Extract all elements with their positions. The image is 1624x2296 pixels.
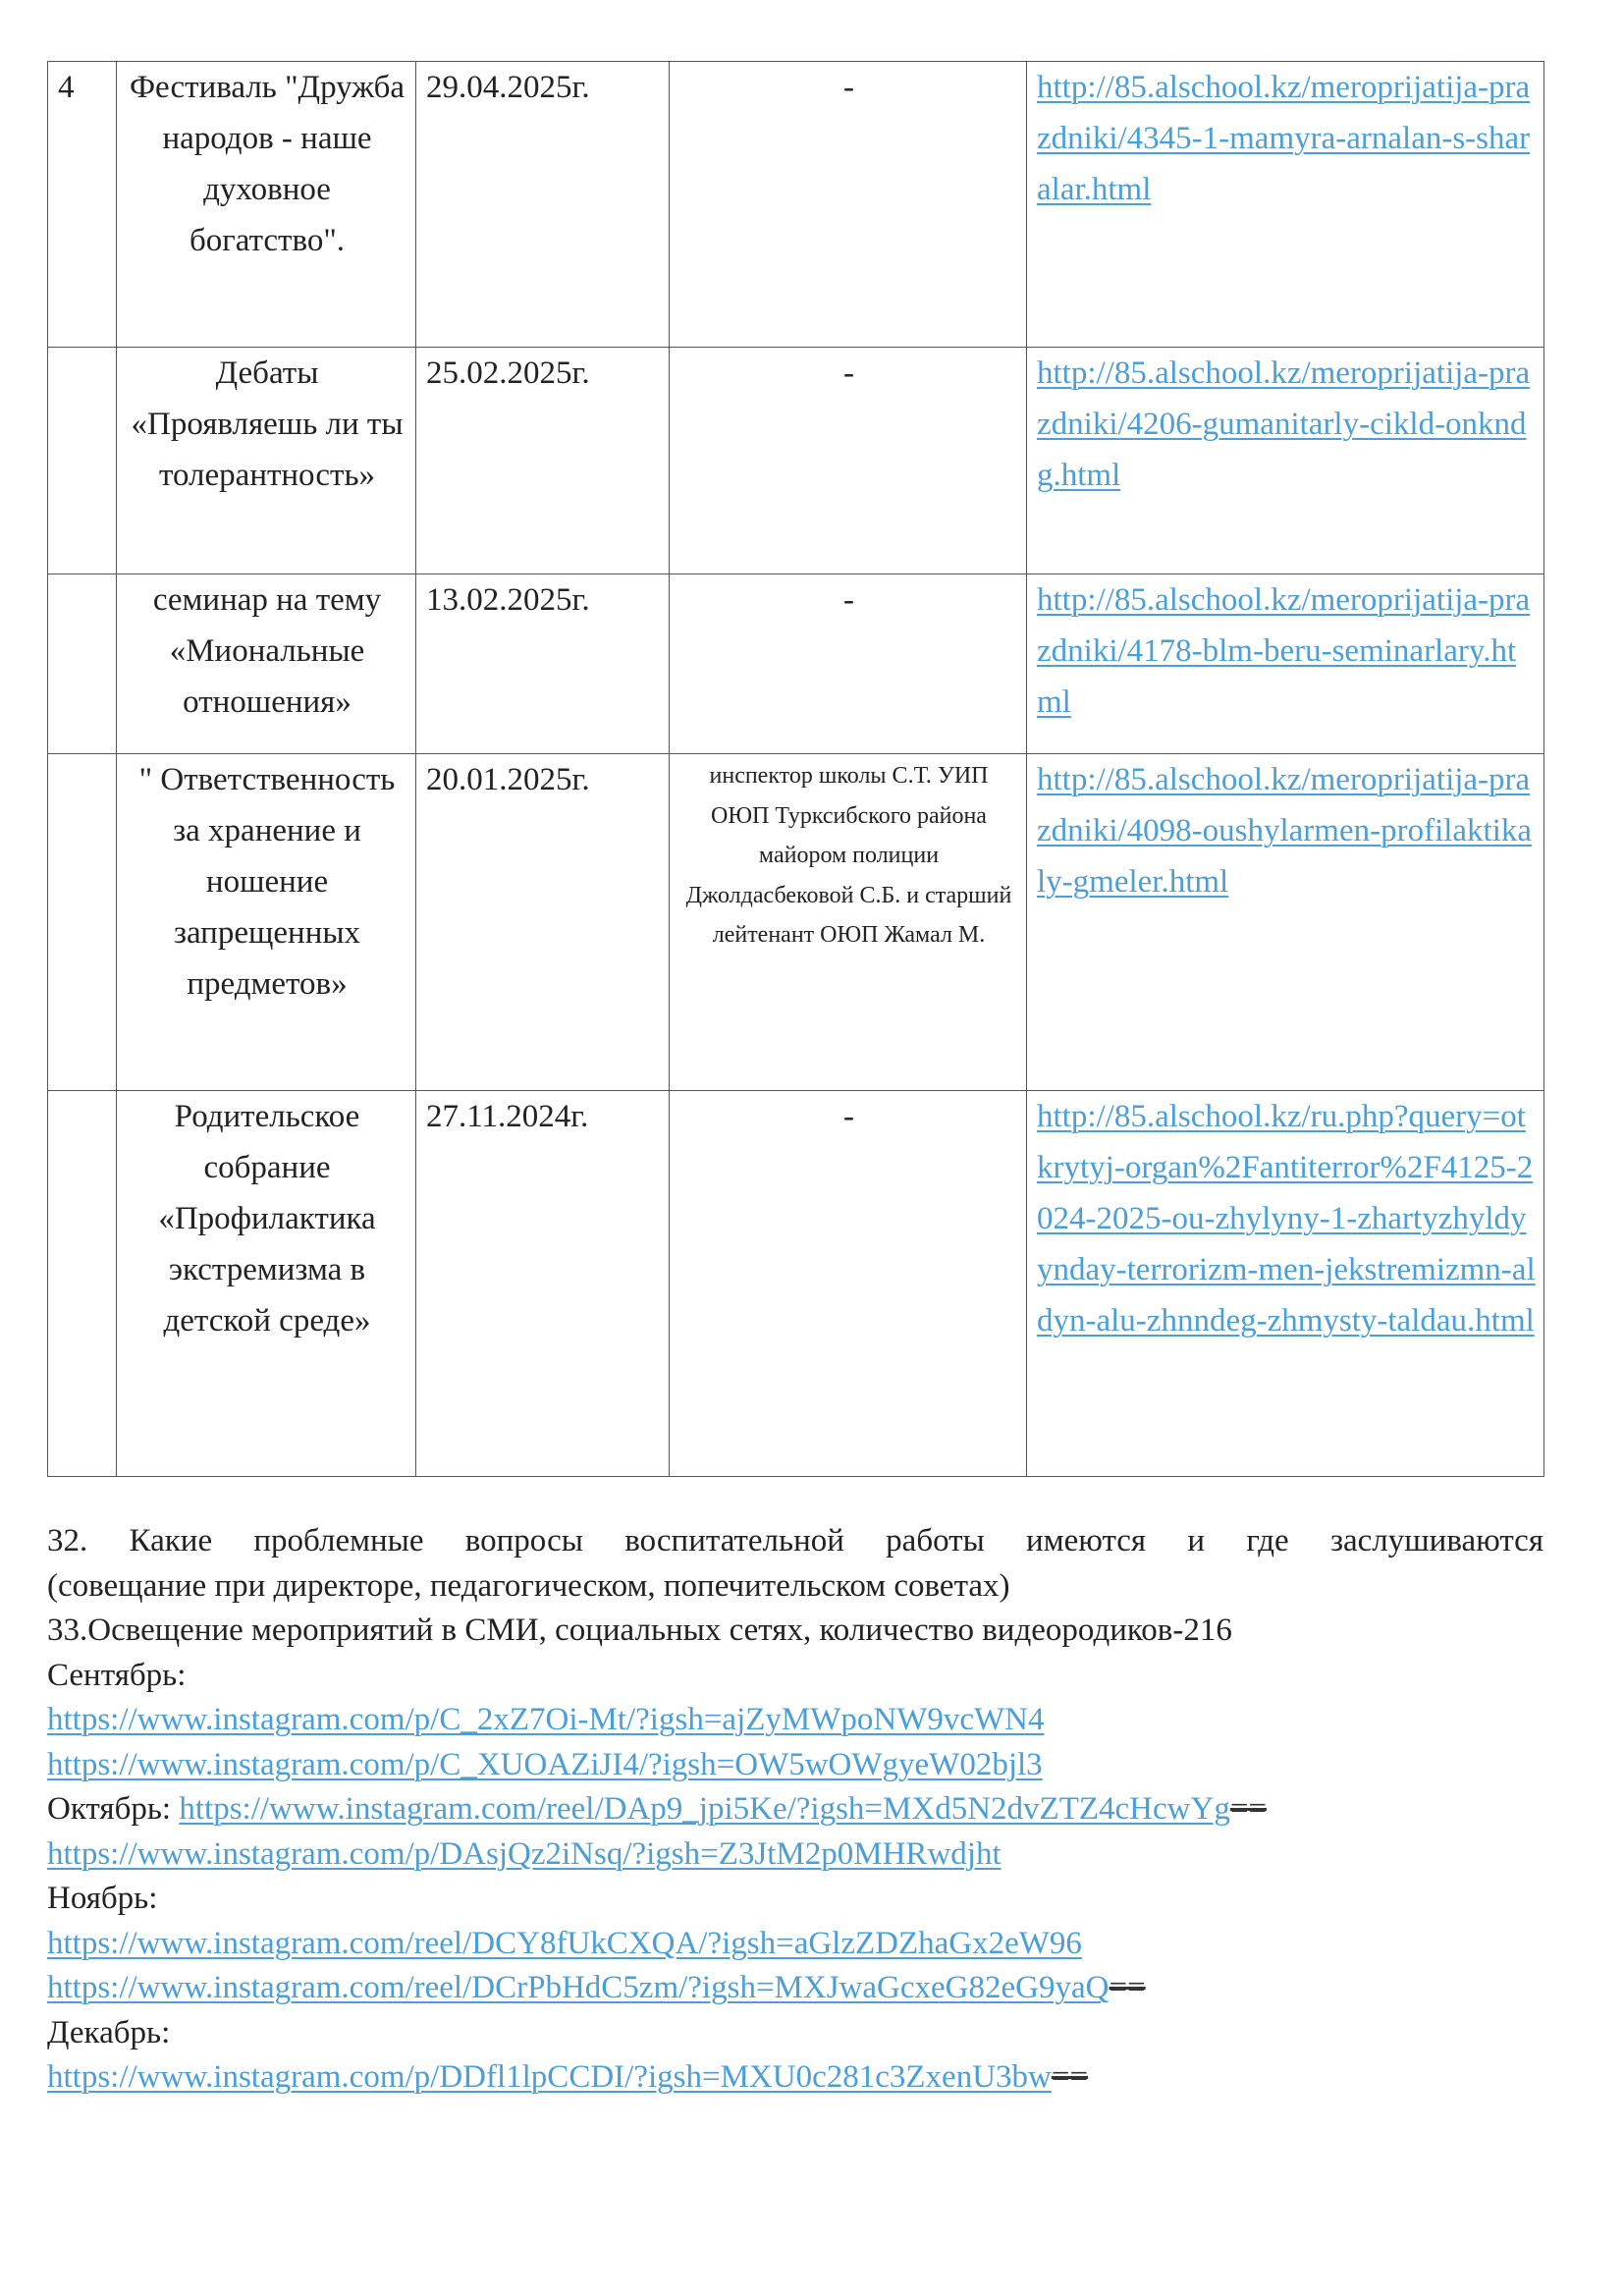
row-number	[48, 348, 117, 574]
social-link-line: https://www.instagram.com/p/DAsjQz2iNsq/…	[47, 1832, 1543, 1878]
table-row: семинар на тему «Миональные отношения» 1…	[48, 574, 1544, 754]
table-row: Дебаты «Проявляешь ли ты толерантность» …	[48, 348, 1544, 574]
row-number	[48, 754, 117, 1091]
event-name: семинар на тему «Миональные отношения»	[117, 574, 416, 754]
event-name: Фестиваль "Дружба народов - наше духовно…	[117, 62, 416, 348]
instagram-link[interactable]: https://www.instagram.com/p/C_2xZ7Oi-Mt/…	[47, 1702, 1045, 1737]
link-suffix: ==	[1230, 1791, 1267, 1827]
event-date: 27.11.2024г.	[416, 1091, 670, 1477]
event-link[interactable]: http://85.alschool.kz/meroprijatija-praz…	[1037, 70, 1530, 207]
month-label-november: Ноябрь:	[47, 1877, 1543, 1922]
table-row: Родительское собрание «Профилактика экст…	[48, 1091, 1544, 1477]
instagram-link[interactable]: https://www.instagram.com/p/C_XUOAZiJI4/…	[47, 1747, 1043, 1782]
event-date: 20.01.2025г.	[416, 754, 670, 1091]
event-name: " Ответственность за хранение и ношение …	[117, 754, 416, 1091]
social-link-line: https://www.instagram.com/p/C_2xZ7Oi-Mt/…	[47, 1698, 1543, 1743]
report-sections: 32. Какие проблемные вопросы воспитатель…	[47, 1519, 1543, 2101]
section-33-title: 33.Освещение мероприятий в СМИ, социальн…	[47, 1609, 1543, 1654]
event-link[interactable]: http://85.alschool.kz/meroprijatija-praz…	[1037, 582, 1530, 720]
document-page: 4 Фестиваль "Дружба народов - наше духов…	[0, 0, 1624, 2296]
section-32-question: 32. Какие проблемные вопросы воспитатель…	[47, 1519, 1543, 1564]
event-responsible: инспектор школы С.Т. УИП ОЮП Турксибског…	[670, 754, 1027, 1091]
social-link-line: https://www.instagram.com/p/C_XUOAZiJI4/…	[47, 1743, 1543, 1788]
instagram-link[interactable]: https://www.instagram.com/reel/DCY8fUkCX…	[47, 1926, 1082, 1961]
instagram-link[interactable]: https://www.instagram.com/reel/DAp9_jpi5…	[179, 1791, 1229, 1827]
instagram-link[interactable]: https://www.instagram.com/p/DDfl1lpCCDI/…	[47, 2059, 1052, 2095]
events-table: 4 Фестиваль "Дружба народов - наше духов…	[47, 61, 1544, 1477]
section-32-note: (совещание при директоре, педагогическом…	[47, 1564, 1543, 1610]
table-row: 4 Фестиваль "Дружба народов - наше духов…	[48, 62, 1544, 348]
event-link[interactable]: http://85.alschool.kz/meroprijatija-praz…	[1037, 762, 1532, 900]
event-link[interactable]: http://85.alschool.kz/meroprijatija-praz…	[1037, 355, 1530, 493]
event-date: 29.04.2025г.	[416, 62, 670, 348]
month-label-october: Октябрь:	[47, 1791, 171, 1827]
link-suffix: ==	[1109, 1970, 1145, 2005]
social-link-line: https://www.instagram.com/reel/DCY8fUkCX…	[47, 1922, 1543, 1967]
table-row: " Ответственность за хранение и ношение …	[48, 754, 1544, 1091]
instagram-link[interactable]: https://www.instagram.com/reel/DCrPbHdC5…	[47, 1970, 1109, 2005]
event-link[interactable]: http://85.alschool.kz/ru.php?query=otkry…	[1037, 1099, 1536, 1339]
event-name: Дебаты «Проявляешь ли ты толерантность»	[117, 348, 416, 574]
instagram-link[interactable]: https://www.instagram.com/p/DAsjQz2iNsq/…	[47, 1836, 1001, 1872]
event-responsible: -	[670, 1091, 1027, 1477]
link-suffix: ==	[1052, 2059, 1088, 2095]
event-date: 25.02.2025г.	[416, 348, 670, 574]
event-responsible: -	[670, 574, 1027, 754]
month-label-december: Декабрь:	[47, 2011, 1543, 2056]
social-link-line: https://www.instagram.com/p/DDfl1lpCCDI/…	[47, 2055, 1543, 2101]
social-link-line: Октябрь: https://www.instagram.com/reel/…	[47, 1787, 1543, 1832]
row-number: 4	[48, 62, 117, 348]
social-link-line: https://www.instagram.com/reel/DCrPbHdC5…	[47, 1966, 1543, 2011]
row-number	[48, 1091, 117, 1477]
month-label-september: Сентябрь:	[47, 1654, 1543, 1699]
event-responsible: -	[670, 348, 1027, 574]
row-number	[48, 574, 117, 754]
event-date: 13.02.2025г.	[416, 574, 670, 754]
event-responsible: -	[670, 62, 1027, 348]
event-name: Родительское собрание «Профилактика экст…	[117, 1091, 416, 1477]
